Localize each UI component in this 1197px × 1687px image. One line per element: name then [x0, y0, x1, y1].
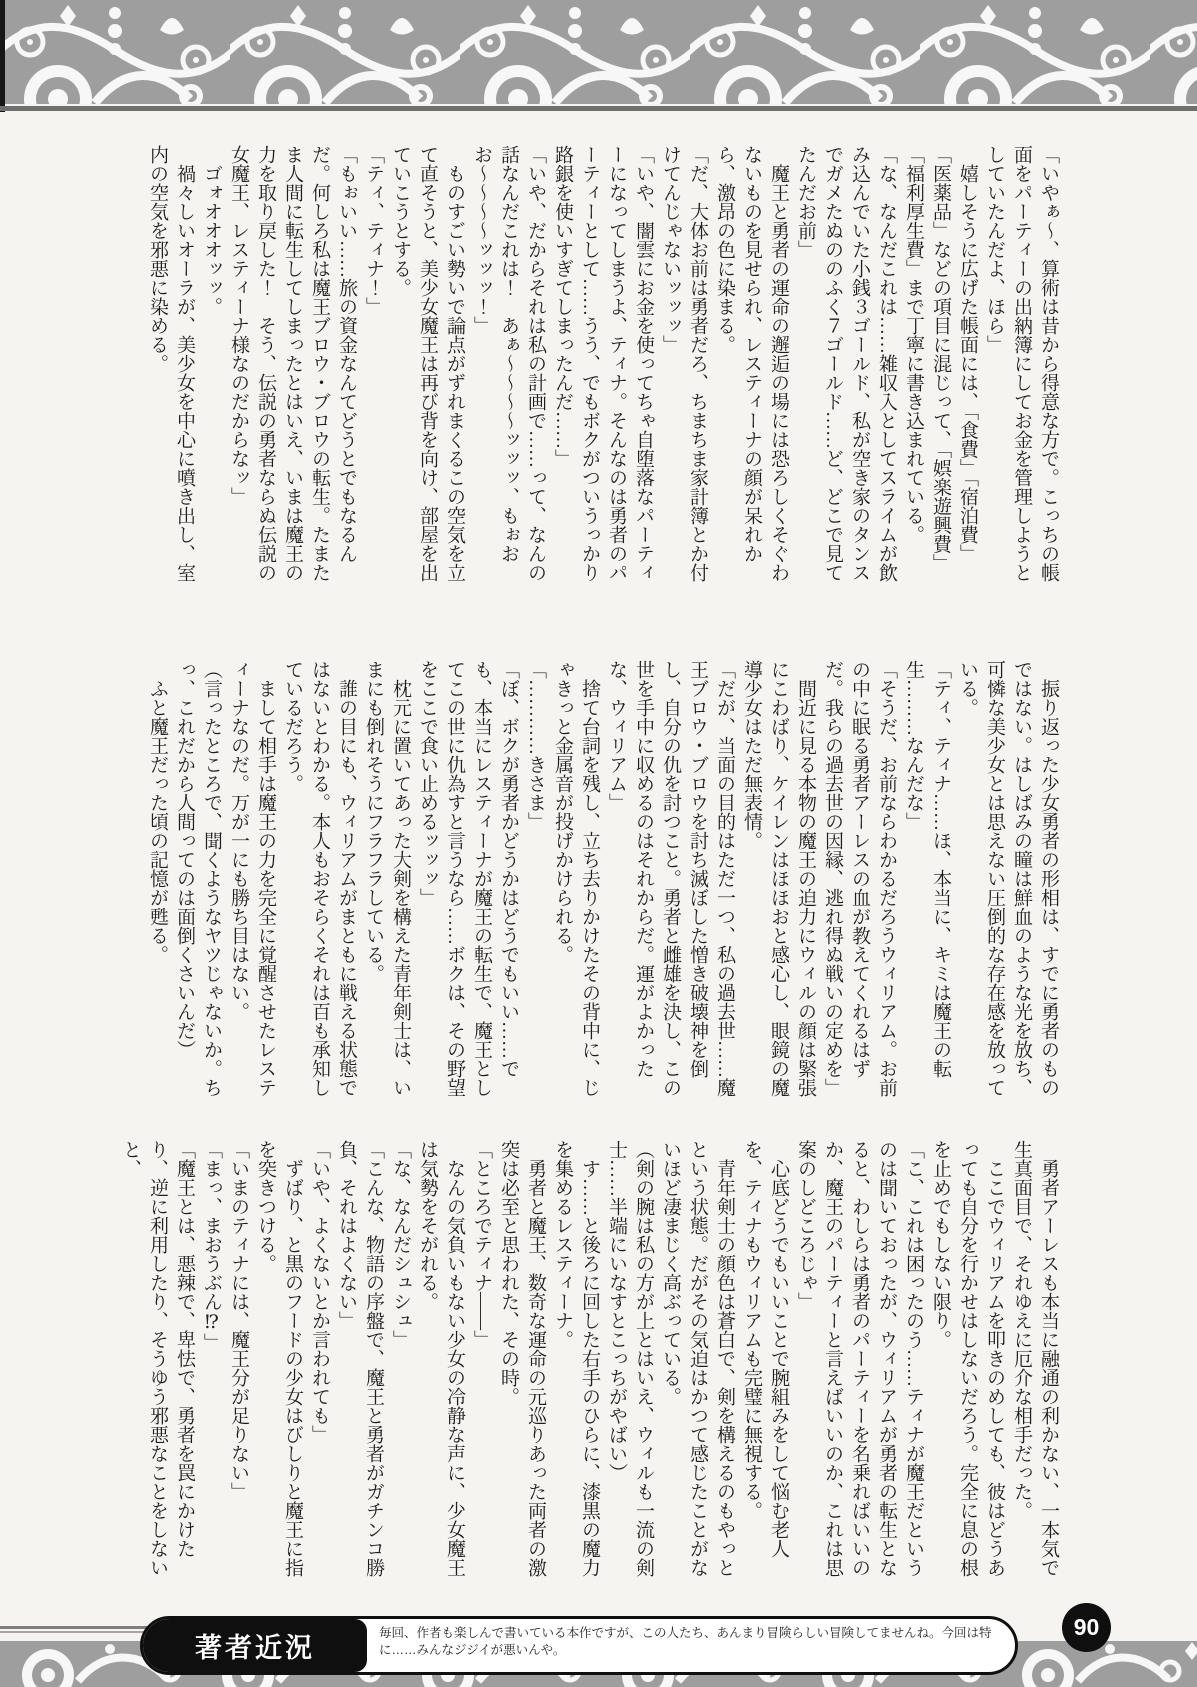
paragraph: 「いや、闇雲にお金を使ってちゃ自堕落なパーティーになってしまうよ、ティナ。そんな…	[549, 145, 657, 586]
paragraph: 「だ、大体お前は勇者だろ、ちまちま家計簿とか付けてんじゃないッッッ」	[657, 145, 711, 586]
top-separator-line	[0, 106, 1197, 111]
page-number-badge: 90	[1062, 1603, 1111, 1652]
paragraph: 勇者と魔王、数奇な運命の元巡りあった両者の激突は必至と思われた、その時。	[495, 1140, 549, 1581]
paragraph: 「そうだ、お前ならわかるだろうウィリアム。お前の中に眠る勇者アーレスの血が教えて…	[819, 660, 900, 1101]
paragraph: ゴォオオオッッ。	[198, 145, 225, 586]
paragraph: 捨て台詞を残し、立ち去りかけたその背中に、じゃきっと金属音が投げかけられる。	[549, 660, 603, 1101]
paragraph: ここでウィリアムを叩きのめしても、彼はどうあっても自分を行かせはしないだろう。完…	[927, 1140, 1008, 1581]
paragraph: 「だが、当面の目的はただ一つ、私の過去世……魔王ブロウ・ブロウを討ち滅ぼした憎き…	[603, 660, 738, 1101]
paragraph: ものすごい勢いで論点がずれまくるこの空気を立て直そうと、美少女魔王は再び背を向け…	[387, 145, 468, 586]
author-note-bar: 著者近況 毎回、作者も楽しんで書いている本作ですが、この人たち、あんまり冒険らし…	[140, 1616, 1018, 1675]
paragraph: 「ぼ、ボクが勇者かどうかはどうでもいい……でも、本当にレスティーナが魔王の転生で…	[414, 660, 522, 1101]
text-block-bottom: 勇者アーレスも本当に融通の利かない、一本気で生真面目で、それゆえに厄介な相手だっ…	[126, 1140, 1062, 1581]
paragraph: 枕元に置いてあった大剣を構えた青年剣士は、いまにも倒れそうにフラフラしている。	[360, 660, 414, 1101]
paragraph: 魔王と勇者の運命の邂逅の場には恐ろしくそぐわないものを見せられ、レスティーナの顔…	[711, 145, 792, 586]
paragraph: す……と後ろに回した右手のひらに、漆黒の魔力を集めるレスティーナ。	[549, 1140, 603, 1581]
paragraph: 青年剣士の顔色は蒼白で、剣を構えるのもやっとという状態。だがその気迫はかつて感じ…	[657, 1140, 738, 1581]
paragraph: 「いやぁ〜、算術は昔から得意な方で。こっちの帳面をパーティーの出納簿にしてお金を…	[981, 145, 1062, 586]
paragraph: まして相手は魔王の力を完全に覚醒させたレスティーナなのだ。万が一にも勝ち目はない…	[225, 660, 279, 1101]
author-note-label: 著者近況	[143, 1619, 367, 1672]
text-block-top: 「いやぁ〜、算術は昔から得意な方で。こっちの帳面をパーティーの出納簿にしてお金を…	[126, 145, 1062, 586]
paragraph: ふと魔王だった頃の記憶が甦る。	[144, 660, 171, 1101]
paragraph: 「もぉいい……旅の資金なんてどうとでもなるんだ。何しろ私は魔王ブロウ・ブロウの転…	[225, 145, 360, 586]
paragraph: 「いや、よくないとか言われても」	[306, 1140, 333, 1581]
paragraph: 「ティ、ティナ……ほ、本当に、キミは魔王の転生………なんだな」	[900, 660, 954, 1101]
text-block-middle: 振り返った少女勇者の形相は、すでに勇者のものではない。はしばみの瞳は鮮血のような…	[126, 660, 1062, 1101]
paragraph: 「な、なんだシュシュ」	[387, 1140, 414, 1581]
paragraph: 禍々しいオーラが、美少女を中心に噴き出し、室内の空気を邪悪に染める。	[144, 145, 198, 586]
paragraph: （剣の腕は私の方が上とはいえ、ウィルも一流の剣士……半端にいなすとこっちがやばい…	[603, 1140, 657, 1581]
paragraph: 「まっ、まおうぶん⁉」	[198, 1140, 225, 1581]
paragraph: 間近に見る本物の魔王の迫力にウィルの顔は緊張にこわばり、ケイレンはほほおと感心し…	[738, 660, 819, 1101]
paragraph: 「…………きさま」	[522, 660, 549, 1101]
author-note-text: 毎回、作者も楽しんで書いている本作ですが、この人たち、あんまり冒険らしい冒険して…	[367, 1619, 1015, 1672]
paragraph: 「いまのティナには、魔王分が足りない」	[225, 1140, 252, 1581]
paragraph: 「ティ、ティナ！」	[360, 145, 387, 586]
paragraph: 「こ、これは困ったのう……ティナが魔王だというのは聞いておったが、ウィリアムが勇…	[792, 1140, 927, 1581]
paragraph: （言ったところで、聞くようなヤツじゃないか。ちっ、これだから人間ってのは面倒くさ…	[171, 660, 225, 1101]
scan-edge-artifact	[0, 0, 5, 112]
paragraph: 「いや、だからそれは私の計画で……って、なんの話なんだこれは！ あぁ〜〜〜〜ッッ…	[468, 145, 549, 586]
paragraph: 振り返った少女勇者の形相は、すでに勇者のものではない。はしばみの瞳は鮮血のような…	[954, 660, 1062, 1101]
ornamental-border-top	[0, 0, 1197, 104]
footer-double-rule	[0, 1626, 150, 1633]
paragraph: ずばり、と黒のフードの少女はびしりと魔王に指を突きつける。	[252, 1140, 306, 1581]
paragraph: 心底どうでもいいことで腕組みをして悩む老人を、ティナもウィリアムも完璧に無視する…	[738, 1140, 792, 1581]
paragraph: なんの気負いもない少女の冷静な声に、少女魔王は気勢をそがれる。	[414, 1140, 468, 1581]
paragraph: 勇者アーレスも本当に融通の利かない、一本気で生真面目で、それゆえに厄介な相手だっ…	[1008, 1140, 1062, 1581]
page-number-value: 90	[1074, 1614, 1100, 1641]
paragraph: 「魔王とは、悪辣で、卑怯で、勇者を罠にかけたり、逆に利用したり、そうゆう邪悪なこ…	[126, 1140, 198, 1581]
paragraph: 「な、なんだこれは……雑収入としてスライムが飲み込んでいた小銭３ゴールド、私が空…	[792, 145, 900, 586]
paragraph: 嬉しそうに広げた帳面には、「食費」「宿泊費」「医薬品」などの項目に混じって、「娯…	[900, 145, 981, 586]
paragraph: 誰の目にも、ウィリアムがまともに戦える状態ではないとわかる。本人もおそらくそれは…	[279, 660, 360, 1101]
paragraph: 「こんな、物語の序盤で、魔王と勇者がガチンコ勝負、それはよくない」	[333, 1140, 387, 1581]
paragraph: 「ところでティナ――」	[468, 1140, 495, 1581]
